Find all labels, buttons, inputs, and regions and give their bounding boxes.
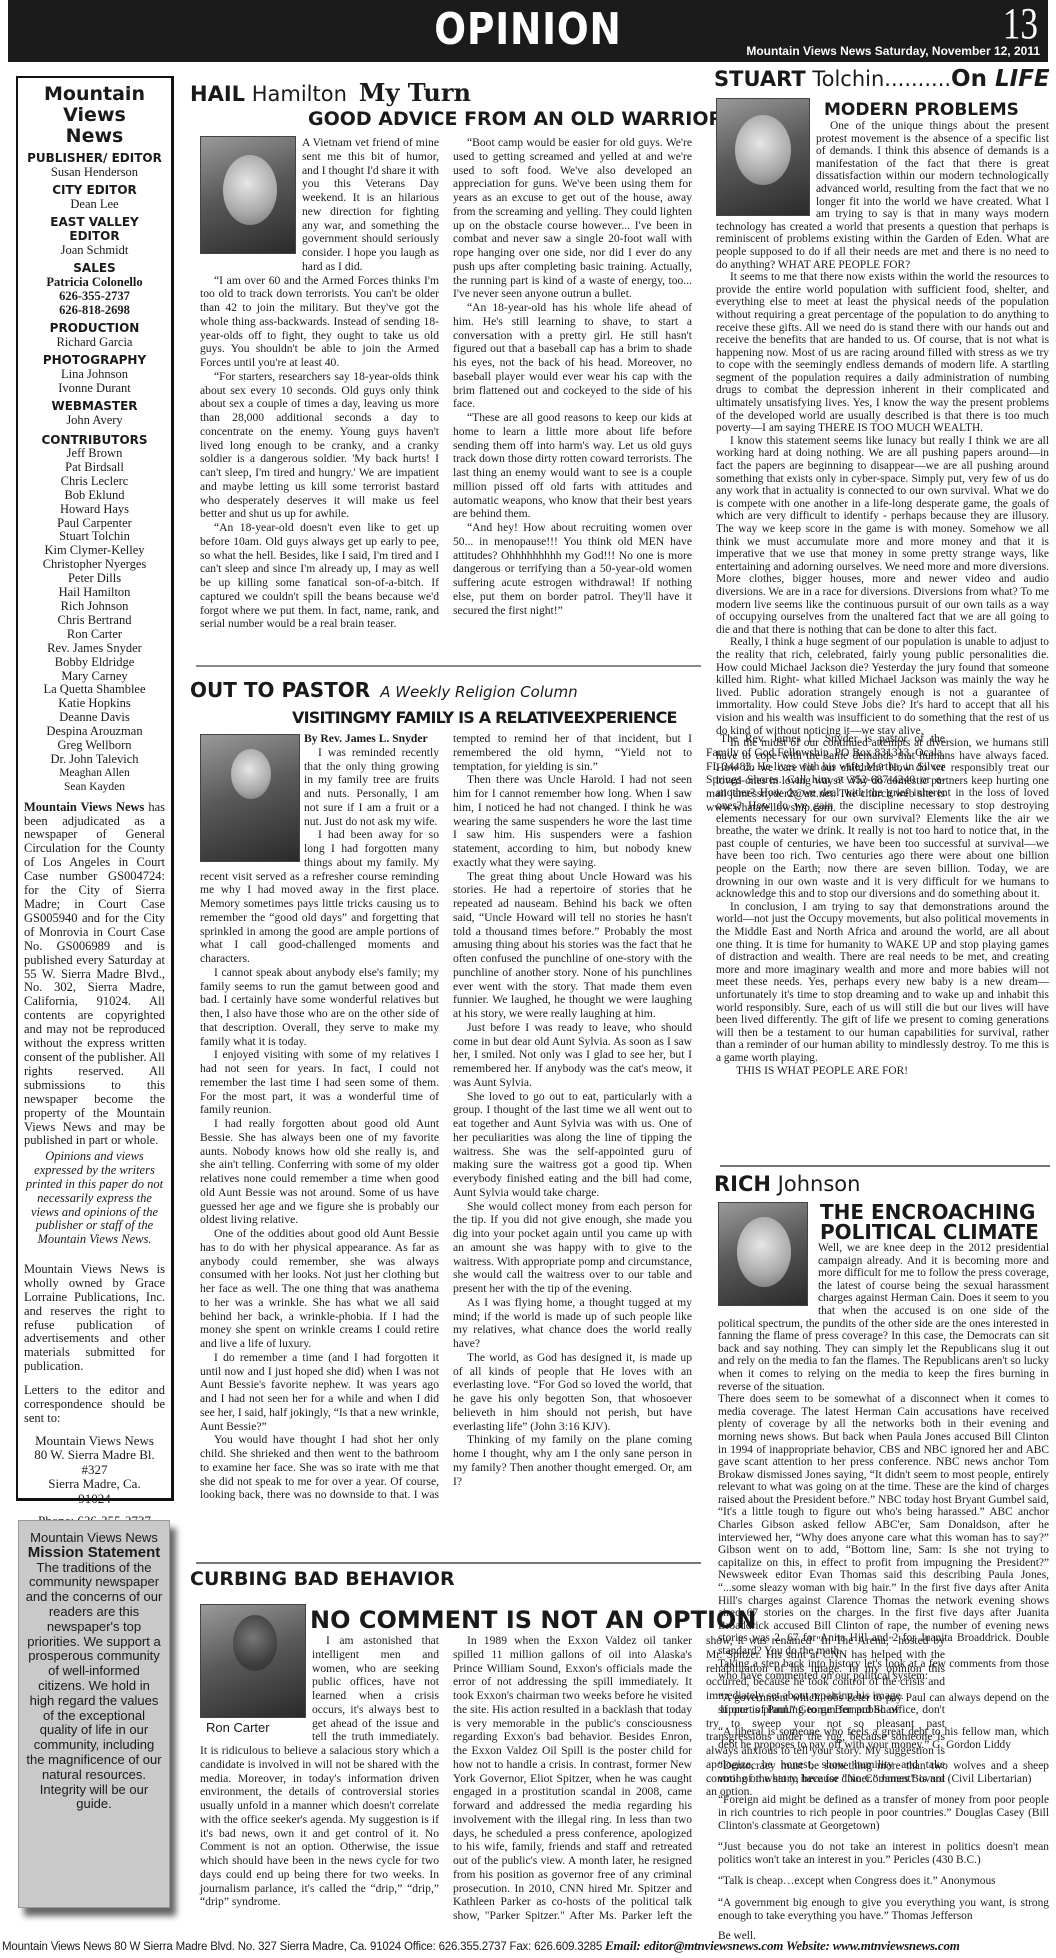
ownership-notice: Mountain Views News is wholly owned by G… <box>24 1263 165 1374</box>
contributor-name: Peter Dills <box>24 572 165 586</box>
divider <box>196 1562 701 1564</box>
staff-name: Susan Henderson <box>24 165 165 179</box>
column-byline: OUT TO PASTORA Weekly Religion Column <box>190 678 700 702</box>
staff-role: SALES <box>24 261 165 275</box>
column-byline: RICH Johnson <box>714 1172 1049 1196</box>
quote: “Democracy must be something more than t… <box>718 1760 1049 1785</box>
article-body: One of the unique things about the prese… <box>716 120 1049 1077</box>
contributor-name: Howard Hays <box>24 503 165 517</box>
staff-name: Joan Schmidt <box>24 243 165 257</box>
contributor-name: Paul Carpenter <box>24 517 165 531</box>
headline: THE ENCROACHING POLITICAL CLIMATE <box>820 1202 1039 1242</box>
quote: “A government big enough to give you eve… <box>718 1897 1049 1922</box>
staff-role: EAST VALLEY EDITOR <box>24 215 165 243</box>
staff-name: Richard Garcia <box>24 335 165 349</box>
footer: Mountain Views News 80 W Sierra Madre Bl… <box>0 1938 1056 1958</box>
staff-name: Dean Lee <box>24 197 165 211</box>
contributor-name: Chris Bertrand <box>24 614 165 628</box>
contributor-name: Stuart Tolchin <box>24 530 165 544</box>
staff-role: PUBLISHER/ EDITOR <box>24 151 165 165</box>
staff-box: Mountain Views News PUBLISHER/ EDITORSus… <box>16 76 174 1501</box>
quote: “A liberal is someone who feels a great … <box>718 1726 1049 1751</box>
footer-contact-links[interactable]: Email: editor@mtnviewsnews.com Website: … <box>605 1938 960 1953</box>
staff-name: Patricia Colonello <box>24 275 165 289</box>
contributor-name: Pat Birdsall <box>24 461 165 475</box>
staff-role: PRODUCTION <box>24 321 165 335</box>
mission-text: The traditions of the community newspape… <box>25 1561 163 1813</box>
headline: GOOD ADVICE FROM AN OLD WARRIOR <box>308 108 723 130</box>
legal-notice: Mountain Views News has been adjudicated… <box>24 801 165 1149</box>
staff-name: Ivonne Durant <box>24 381 165 395</box>
contributor-name: Hail Hamilton <box>24 586 165 600</box>
divider <box>196 665 701 667</box>
letters-notice: Letters to the editor and correspondence… <box>24 1384 165 1426</box>
article-body: A Vietnam vet friend of mine sent me thi… <box>200 136 692 640</box>
article-on-life: STUART Tolchin..........On LIFE MODERN P… <box>714 66 1049 1146</box>
column-byline: HAIL HamiltonMy Turn <box>190 78 700 107</box>
contributor-name: Chris Leclerc <box>24 475 165 489</box>
headline: MODERN PROBLEMS <box>824 100 1019 120</box>
article-rich-johnson: RICH Johnson THE ENCROACHING POLITICAL C… <box>714 1172 1049 1932</box>
contributor-name: Despina Arouzman <box>24 725 165 739</box>
contributor-name: Bob Eklund <box>24 489 165 503</box>
mission-statement: Mountain Views News Mission Statement Th… <box>18 1520 170 1908</box>
column-byline: STUART Tolchin..........On LIFE <box>714 66 1049 92</box>
quotes-list: “A government which robs Peter to pay Pa… <box>718 1692 1049 1922</box>
contributor-name: La Quetta Shamblee <box>24 683 165 697</box>
column-name: My Turn <box>359 78 471 107</box>
contributor-name: Rev. James Snyder <box>24 642 165 656</box>
contributor-name: Rich Johnson <box>24 600 165 614</box>
staff-name: John Avery <box>24 413 165 427</box>
headline: VISITINGMY FAMILY IS A RELATIVEEXPERIENC… <box>292 708 677 727</box>
contributor-name: Christopher Nyerges <box>24 558 165 572</box>
contributors-list: Jeff BrownPat BirdsallChris LeclercBob E… <box>24 447 165 795</box>
article-curbing-bad-behavior: CURBING BAD BEHAVIOR NO COMMENT IS NOT A… <box>190 1568 700 1936</box>
mailing-address: Mountain Views News 80 W. Sierra Madre B… <box>24 1434 165 1507</box>
quote: “A government which robs Peter to pay Pa… <box>718 1692 1049 1717</box>
article-out-to-pastor: OUT TO PASTORA Weekly Religion Column VI… <box>190 678 700 1508</box>
contributor-name: Greg Wellborn <box>24 739 165 753</box>
contributors-heading: CONTRIBUTORS <box>24 433 165 447</box>
contributor-name: Dr. John Talevich <box>24 753 165 767</box>
staff-box-brand: Mountain Views News <box>24 84 165 147</box>
contributor-name: Jeff Brown <box>24 447 165 461</box>
paper-date: Mountain Views News Saturday, November 1… <box>746 44 1040 58</box>
staff-role: CITY EDITOR <box>24 183 165 197</box>
disclaimer: Opinions and views expressed by the writ… <box>24 1150 165 1247</box>
staff-role: PHOTOGRAPHY <box>24 353 165 367</box>
staff-name: Lina Johnson <box>24 367 165 381</box>
article-body: I am astonished that intelligent men and… <box>200 1634 692 1936</box>
column-name: CURBING BAD BEHAVIOR <box>190 1568 700 1590</box>
headline: NO COMMENT IS NOT AN OPTION <box>310 1606 756 1634</box>
divider <box>720 1165 1050 1167</box>
mission-title: Mission Statement <box>28 1544 161 1561</box>
contributor-name: Deanne Davis <box>24 711 165 725</box>
quote: “Just because you do not take an interes… <box>718 1841 1049 1866</box>
staff-list: PUBLISHER/ EDITORSusan HendersonCITY EDI… <box>24 151 165 427</box>
staff-name: 626-818-2698 <box>24 303 165 317</box>
contributor-name: Katie Hopkins <box>24 697 165 711</box>
contributor-name: Mary Carney <box>24 670 165 684</box>
contributor-name: Meaghan Allen <box>24 767 165 781</box>
article-body: By Rev. James L. Snyder I was reminded r… <box>200 732 692 1506</box>
contributor-name: Sean Kayden <box>24 781 165 795</box>
staff-role: WEBMASTER <box>24 399 165 413</box>
contributor-name: Ron Carter <box>24 628 165 642</box>
contributor-name: Bobby Eldridge <box>24 656 165 670</box>
masthead: OPINION 13 Mountain Views News Saturday,… <box>8 0 1048 62</box>
page-number: 13 <box>1003 0 1038 49</box>
article-body: Well, we are knee deep in the 2012 presi… <box>718 1242 1049 1943</box>
column-subtitle: A Weekly Religion Column <box>380 683 577 701</box>
quote: “Foreign aid might be defined as a trans… <box>718 1794 1049 1832</box>
contributor-name: Kim Clymer-Kelley <box>24 544 165 558</box>
article-my-turn: HAIL HamiltonMy Turn GOOD ADVICE FROM AN… <box>190 78 700 648</box>
quote: “Talk is cheap…except when Congress does… <box>718 1875 1049 1888</box>
staff-name: 626-355-2737 <box>24 289 165 303</box>
